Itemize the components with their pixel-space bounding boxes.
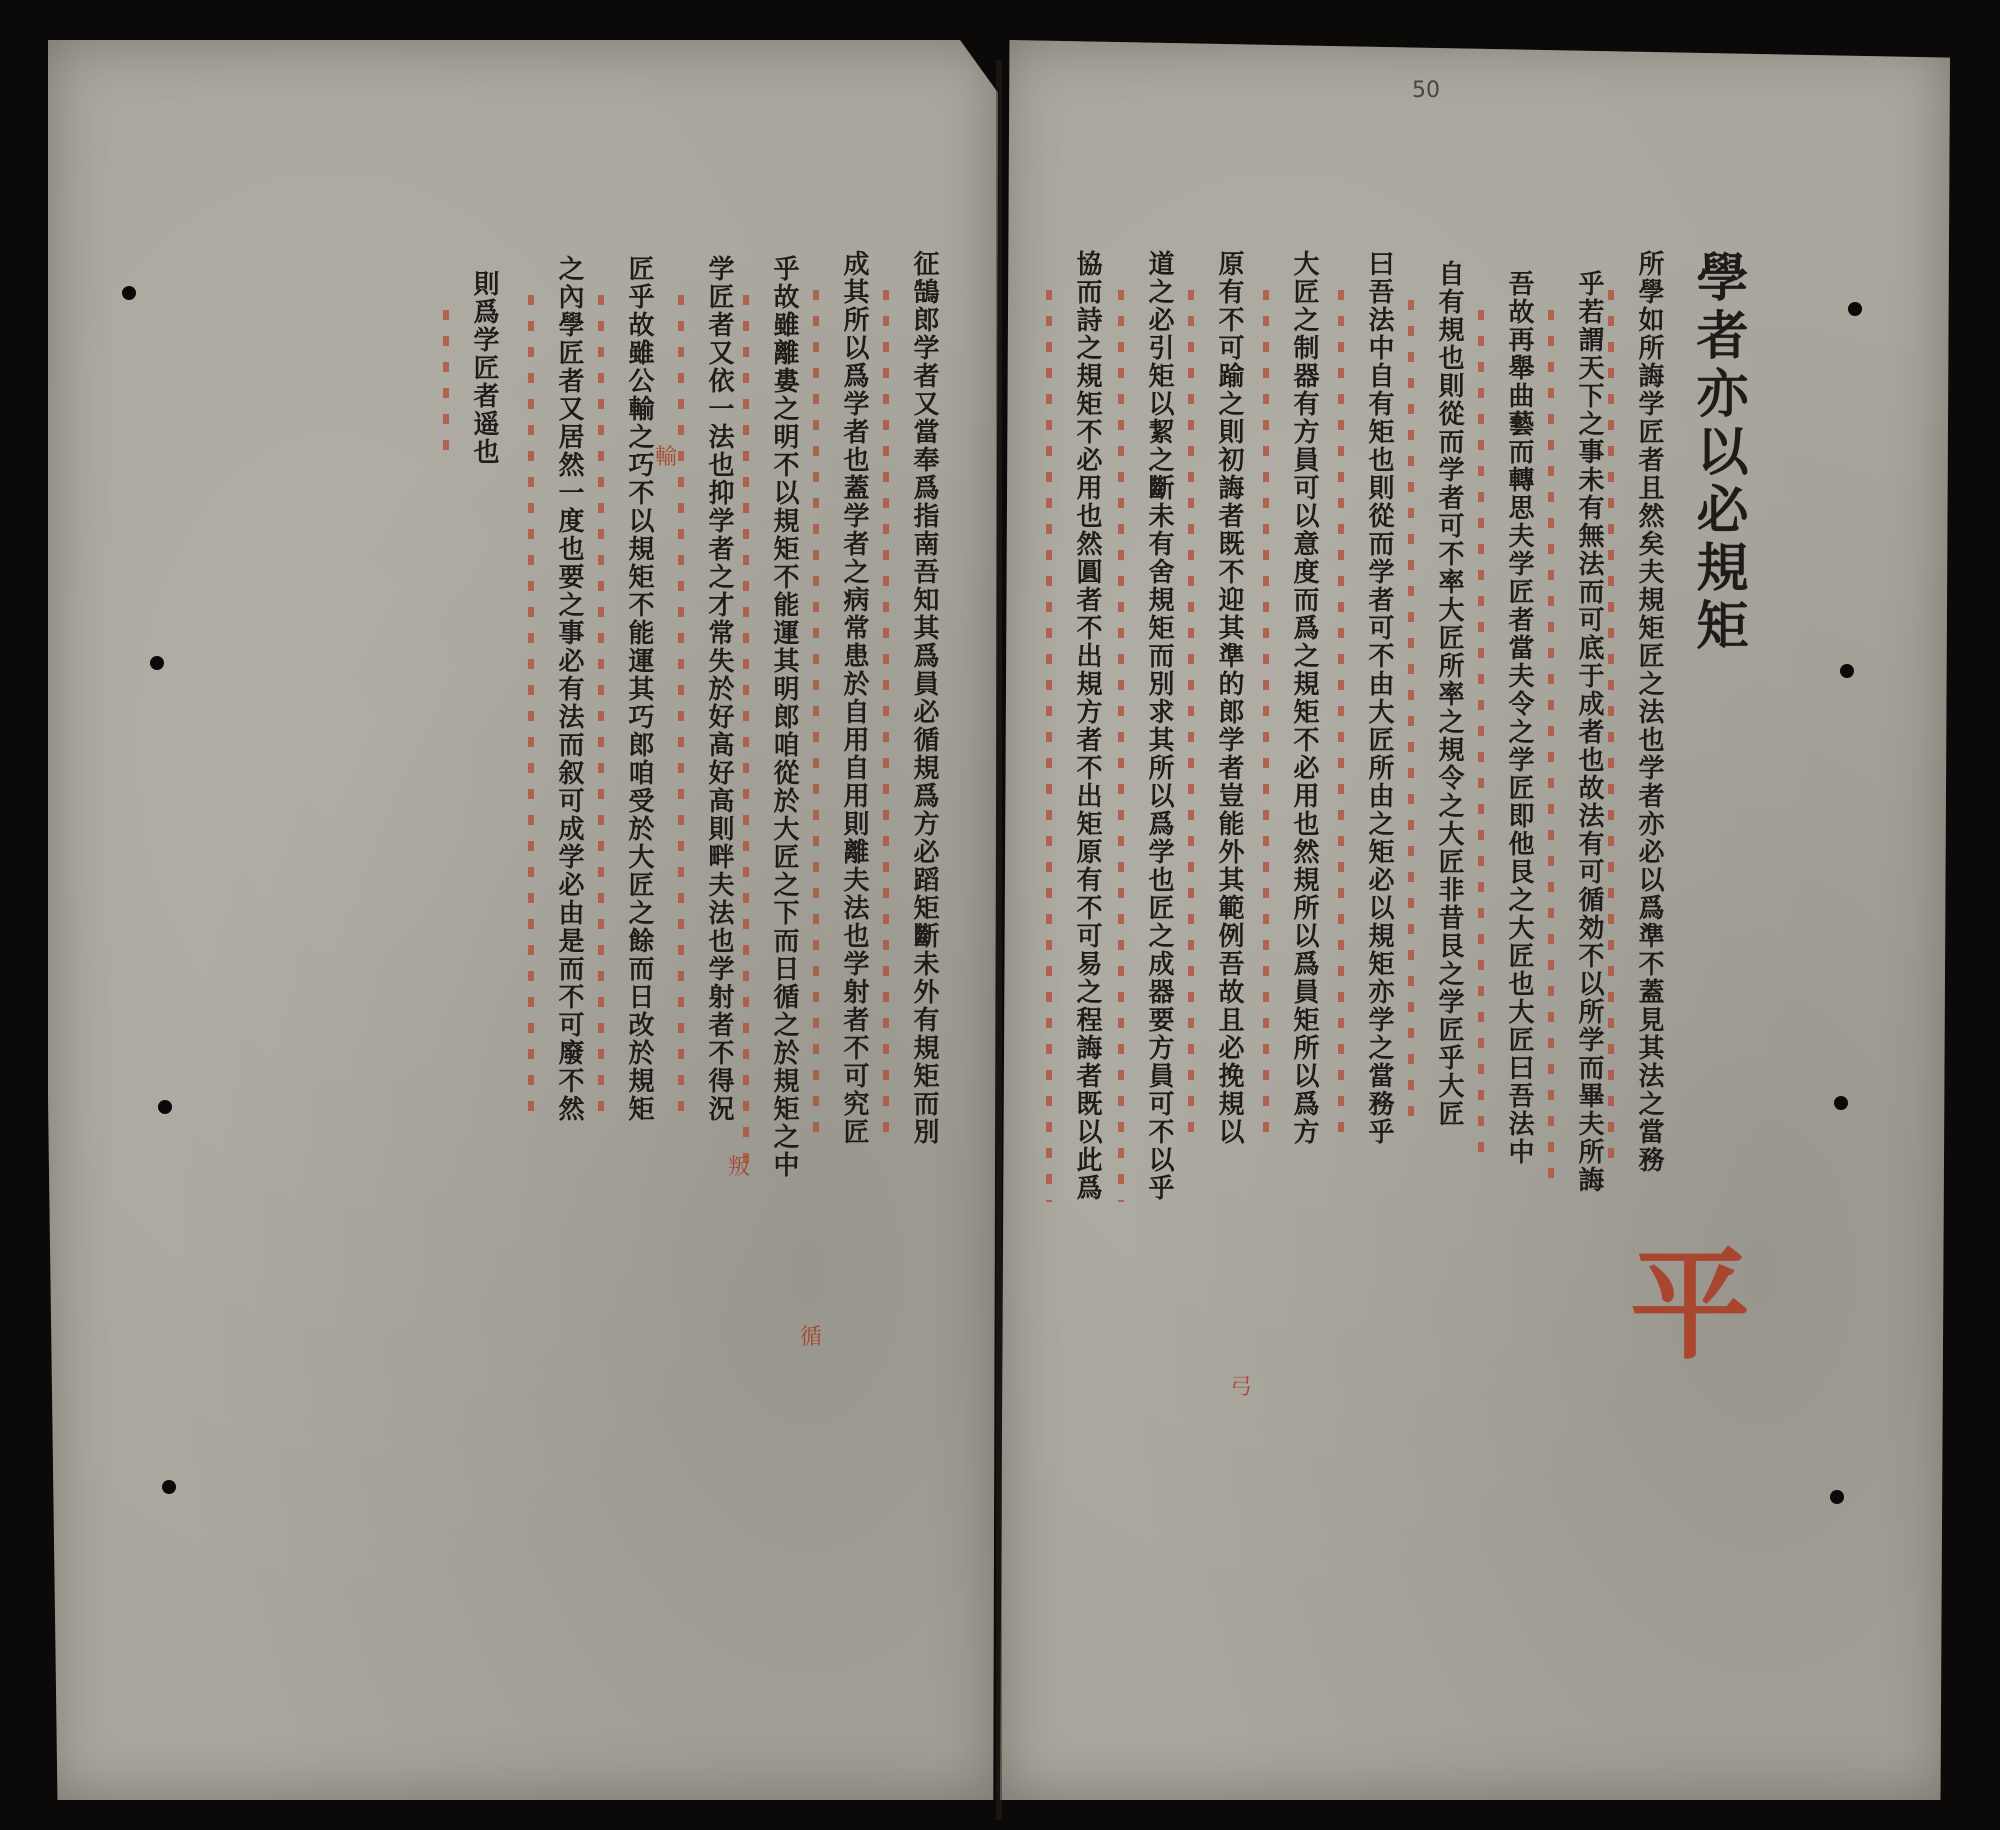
text-column: 學者亦以必規矩 xyxy=(1685,250,1749,656)
text-column: 乎故雖離婁之明不以規矩不能運其明郎咱從於大匠之下而日循之於規矩之中 xyxy=(755,255,813,1179)
binding-hole xyxy=(162,1480,176,1494)
margin-annotation: 弓 xyxy=(1230,1370,1252,1401)
text-column: 自有規也則從而学者可不率大匠所率之規令之大匠非昔艮之学匠乎大匠 xyxy=(1420,260,1478,1128)
binding-hole xyxy=(1834,1096,1848,1110)
margin-annotation: 輸 xyxy=(655,440,677,471)
text-column: 原有不可踰之則初誨者既不迎其準的郎学者豈能外其範例吾故且必挽規以 xyxy=(1200,250,1258,1146)
text-column: 協而詩之規矩不必用也然圓者不出規方者不出矩原有不可易之程誨者既以此爲 xyxy=(1058,250,1116,1202)
text-column: 匠乎故雖公輸之巧不以規矩不能運其巧郎咱受於大匠之餘而日改於規矩 xyxy=(610,255,668,1123)
text-column: 征鵠郎学者又當奉爲指南吾知其爲員必循規爲方必蹈矩斷未外有規矩而別 xyxy=(895,250,953,1146)
binding-hole xyxy=(158,1100,172,1114)
margin-annotation: 循 xyxy=(800,1320,822,1351)
binding-hole xyxy=(1840,664,1854,678)
binding-hole xyxy=(122,286,136,300)
text-column: 則爲学匠者遥也 xyxy=(455,270,513,466)
text-column: 所學如所誨学匠者且然矣夫規矩匠之法也学者亦必以爲準不蓋見其法之當務 xyxy=(1620,250,1678,1174)
text-column: 大匠之制器有方員可以意度而爲之規矩不必用也然規所以爲員矩所以爲方 xyxy=(1275,250,1333,1146)
binding-hole xyxy=(1848,302,1862,316)
center-fold xyxy=(996,60,1002,1820)
binding-hole xyxy=(150,656,164,670)
margin-annotation: 叛 xyxy=(728,1150,750,1181)
binding-hole xyxy=(1830,1490,1844,1504)
text-column: 曰吾法中自有矩也則從而学者可不由大匠所由之矩必以規矩亦学之當務乎 xyxy=(1350,250,1408,1146)
text-column: 之內學匠者又居然一度也要之事必有法而叙可成学必由是而不可廢不然 xyxy=(540,255,598,1123)
text-column: 学匠者又依一法也抑学者之才常失於好高好高則畔夫法也学射者不得況 xyxy=(690,255,748,1123)
pencil-folio-note: 50 xyxy=(1412,78,1440,103)
text-column: 成其所以爲学者也蓋学者之病常患於自用自用則離夫法也学射者不可究匠 xyxy=(825,250,883,1146)
text-column: 吾故再舉曲藝而轉思夫学匠者當夫令之学匠即他艮之大匠也大匠曰吾法中 xyxy=(1490,270,1548,1166)
red-seal-mark: 平 xyxy=(1630,1210,1750,1382)
text-column: 乎若謂天下之事未有無法而可底于成者也故法有可循効不以所学而畢夫所誨 xyxy=(1560,270,1618,1194)
text-column: 道之必引矩以絜之斷未有舍規矩而別求其所以爲学也匠之成器要方員可不以乎 xyxy=(1130,250,1188,1202)
